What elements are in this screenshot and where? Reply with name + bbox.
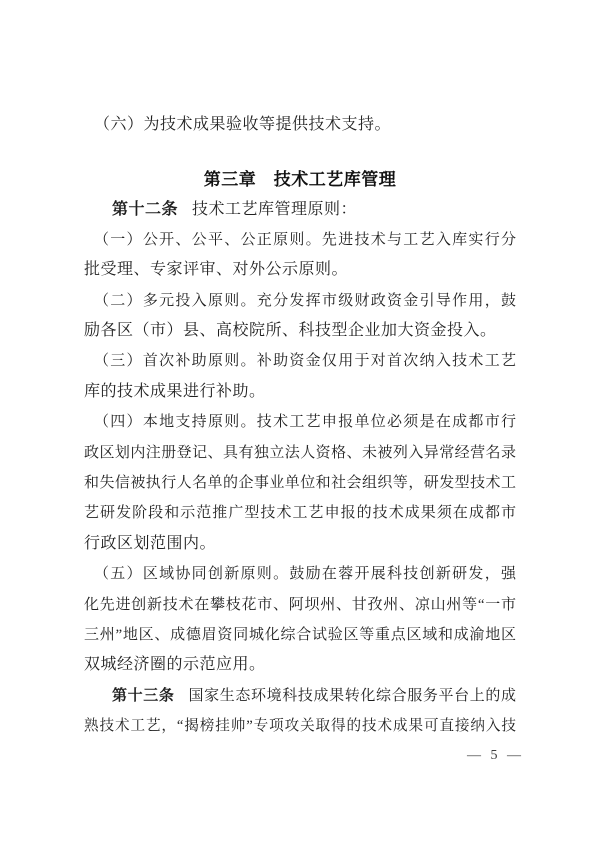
chapter-heading: 第三章 技术工艺库管理 [0,168,600,191]
principle-2-line-2: 励各区（市）县、高校院所、科技型企业加大资金投入。 [84,320,516,342]
principle-2-line-1: （二）多元投入原则。充分发挥市级财政资金引导作用，鼓 [84,290,516,312]
principle-4-line-1: （四）本地支持原则。技术工艺申报单位必须是在成都市行 [84,411,516,433]
item-6-line: （六）为技术成果验收等提供技术支持。 [84,114,516,136]
principle-3-line-2: 库的技术成果进行补助。 [84,381,516,403]
document-page: （六）为技术成果验收等提供技术支持。 第三章 技术工艺库管理 第十二条技术工艺库… [0,0,600,848]
principle-1-line-1: （一）公开、公平、公正原则。先进技术与工艺入库实行分 [84,229,516,251]
principle-1-line-2: 批受理、专家评审、对外公示原则。 [84,259,516,281]
principle-5-line-4: 双城经济圈的示范应用。 [84,654,516,676]
principle-5-line-1: （五）区域协同创新原则。鼓励在蓉开展科技创新研发，强 [84,563,516,585]
principle-4-line-2: 政区划内注册登记、具有独立法人资格、未被列入异常经营名录 [84,442,516,464]
principle-3-line-1: （三）首次补助原则。补助资金仅用于对首次纳入技术工艺 [84,350,516,372]
principle-5-line-3: 三州”地区、成德眉资同城化综合试验区等重点区域和成渝地区 [84,624,516,646]
article-12-title: 技术工艺库管理原则： [192,201,357,218]
principle-4-line-4: 艺研发阶段和示范推广型技术工艺申报的技术成果须在成都市 [84,502,516,524]
article-13-line-2: 熟技术工艺，“揭榜挂帅”专项攻关取得的技术成果可直接纳入技 [84,715,516,737]
principle-5-line-2: 化先进创新技术在攀枝花市、阿坝州、甘孜州、凉山州等“一市 [84,594,516,616]
principle-4-line-5: 行政区划范围内。 [84,533,516,555]
article-12-label: 第十二条 [112,201,178,218]
principle-4-line-3: 和失信被执行人名单的企事业单位和社会组织等，研发型技术工 [84,472,516,494]
article-13-line-1: 第十三条国家生态环境科技成果转化综合服务平台上的成 [84,685,516,707]
article-13-text: 国家生态环境科技成果转化综合服务平台上的成 [189,688,516,704]
page-number: — 5 — [0,748,524,764]
article-12-line: 第十二条技术工艺库管理原则： [84,199,516,221]
article-13-label: 第十三条 [112,688,175,704]
